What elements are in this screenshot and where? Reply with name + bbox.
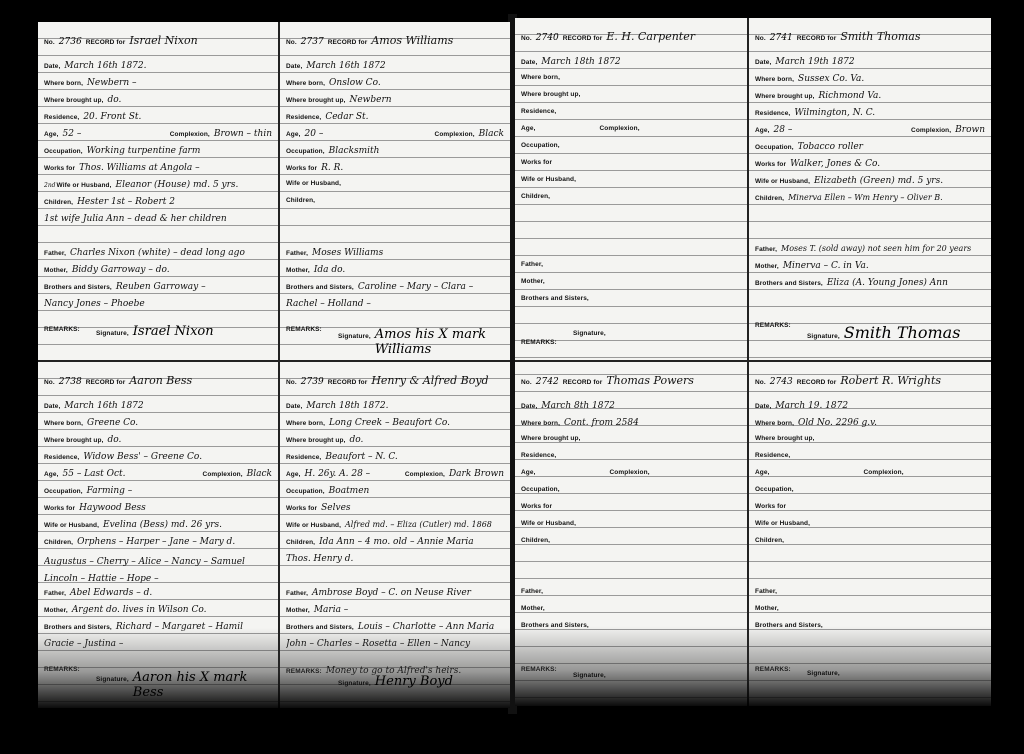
complexion-value: Dark Brown (449, 469, 504, 479)
where-born-value: Old No. 2296 g.v. (798, 418, 877, 428)
date-label: Date, (44, 403, 60, 410)
age-label: Age, (44, 131, 59, 138)
wife-or-husband-label: Wife or Husband, (755, 520, 810, 527)
no-label: No. (755, 35, 766, 42)
complexion-label: Complexion, (610, 469, 650, 476)
father-value: Charles Nixon (white) – dead long ago (70, 248, 245, 258)
where-born-label: Where born, (44, 80, 83, 87)
where-brought-up-label: Where brought up, (44, 437, 103, 444)
age-value: 28 – (774, 125, 793, 135)
wife-or-husband-label: Wife or Husband, (286, 522, 341, 529)
signature-label: Signature, (807, 333, 840, 340)
complexion-label: Complexion, (864, 469, 904, 476)
complexion-value: Brown (955, 125, 985, 135)
where-brought-up-label: Where brought up, (44, 97, 103, 104)
father-label: Father, (286, 590, 308, 597)
complexion-label: Complexion, (435, 131, 475, 138)
record-name: Aaron Bess (129, 374, 192, 387)
wife-or-husband-value: Elizabeth (Green) md. 5 yrs. (814, 176, 943, 186)
where-born-label: Where born, (521, 420, 560, 427)
mother-value: Argent do. lives in Wilson Co. (72, 605, 207, 615)
children-label: Children, (44, 199, 73, 206)
children-value: Orphens – Harper – Jane – Mary d. (77, 537, 235, 547)
wife-or-husband-label: Wife or Husband, (286, 180, 341, 187)
residence-value: Beaufort – N. C. (325, 452, 397, 462)
mother-label: Mother, (755, 605, 779, 612)
record-card-2741: No.2741RECORD forSmith Thomas Date,March… (749, 18, 991, 360)
occupation-value: Tobacco roller (798, 142, 863, 152)
siblings-continued: John – Charles – Rosetta – Ellen – Nancy (286, 639, 470, 649)
signature-label: Signature, (338, 333, 371, 340)
record-name: Thomas Powers (606, 374, 694, 387)
record-number: 2739 (301, 377, 324, 387)
date-value: March 19th 1872 (775, 57, 854, 67)
signature: Henry Boyd (375, 674, 453, 689)
mother-label: Mother, (286, 607, 310, 614)
occupation-value: Boatmen (329, 486, 370, 496)
where-born-label: Where born, (44, 420, 83, 427)
children-value: Hester 1st – Robert 2 (77, 197, 175, 207)
complexion-value: Brown – thin (214, 129, 272, 139)
date-value: March 19. 1872 (775, 401, 848, 411)
date-label: Date, (286, 63, 302, 70)
siblings-label: Brothers and Sisters, (286, 284, 354, 291)
residence-label: Residence, (521, 452, 556, 459)
record-number: 2741 (770, 33, 793, 43)
date-label: Date, (521, 59, 537, 66)
complexion-label: Complexion, (911, 127, 951, 134)
record-name: Henry & Alfred Boyd (371, 374, 488, 387)
children-continued: Thos. Henry d. (286, 554, 353, 564)
residence-label: Residence, (44, 114, 79, 121)
complexion-value: Black (479, 129, 504, 139)
record-number: 2736 (59, 37, 82, 47)
record-number: 2740 (536, 33, 559, 43)
record-name: Robert R. Wrights (840, 374, 941, 387)
residence-label: Residence, (521, 108, 556, 115)
record-number: 2738 (59, 377, 82, 387)
siblings-label: Brothers and Sisters, (286, 624, 354, 631)
right-page: No.2740RECORD forE. H. Carpenter Date,Ma… (515, 18, 991, 706)
where-born-value: Cont. from 2584 (564, 418, 639, 428)
age-label: Age, (521, 469, 536, 476)
father-value: Abel Edwards – d. (70, 588, 152, 598)
where-brought-up-label: Where brought up, (755, 435, 814, 442)
where-brought-up-value: Newbern (349, 95, 391, 105)
father-label: Father, (755, 588, 777, 595)
residence-value: Wilmington, N. C. (794, 108, 875, 118)
record-card-2743: No.2743RECORD forRobert R. Wrights Date,… (749, 362, 991, 706)
record-number: 2737 (301, 37, 324, 47)
works-for-value: Thos. Williams at Angola – (79, 163, 199, 173)
mother-label: Mother, (44, 607, 68, 614)
signature: Israel Nixon (133, 324, 214, 339)
signature-label: Signature, (338, 680, 371, 687)
residence-value: Widow Bess' – Greene Co. (83, 452, 202, 462)
age-label: Age, (521, 125, 536, 132)
siblings-continued: Rachel – Holland – (286, 299, 371, 309)
siblings-value: Reuben Garroway – (116, 282, 206, 292)
complexion-value: Black (247, 469, 272, 479)
record-number: 2743 (770, 377, 793, 387)
age-label: Age, (755, 127, 770, 134)
occupation-label: Occupation, (755, 144, 794, 151)
mother-value: Ida do. (314, 265, 345, 275)
wife-or-husband-label: Wife or Husband, (44, 522, 99, 529)
occupation-label: Occupation, (44, 488, 83, 495)
siblings-label: Brothers and Sisters, (755, 280, 823, 287)
works-for-label: Works for (521, 159, 552, 166)
record-card-2740: No.2740RECORD forE. H. Carpenter Date,Ma… (515, 18, 747, 360)
age-value: 55 – Last Oct. (63, 469, 126, 479)
age-label: Age, (286, 131, 301, 138)
siblings-label: Brothers and Sisters, (44, 624, 112, 631)
works-for-label: Works for (286, 165, 317, 172)
where-born-label: Where born, (286, 420, 325, 427)
date-label: Date, (286, 403, 302, 410)
siblings-value: Richard – Margaret – Hamil (116, 622, 243, 632)
where-born-value: Newbern – (87, 78, 136, 88)
complexion-label: Complexion, (600, 125, 640, 132)
father-value: Moses Williams (312, 248, 383, 258)
where-brought-up-label: Where brought up, (286, 97, 345, 104)
siblings-value: Eliza (A. Young Jones) Ann (827, 278, 948, 288)
age-label: Age, (44, 471, 59, 478)
date-label: Date, (44, 63, 60, 70)
where-brought-up-value: do. (107, 435, 121, 445)
record-for-label: RECORD for (328, 379, 368, 386)
where-born-label: Where born, (755, 76, 794, 83)
date-value: March 16th 1872 (306, 61, 385, 71)
date-label: Date, (755, 59, 771, 66)
where-brought-up-value: do. (107, 95, 121, 105)
siblings-continued: Gracie – Justina – (44, 639, 123, 649)
signature: Smith Thomas (844, 323, 961, 342)
works-for-label: Works for (286, 505, 317, 512)
no-label: No. (521, 35, 532, 42)
siblings-label: Brothers and Sisters, (755, 622, 823, 629)
children-continued: Augustus – Cherry – Alice – Nancy – Samu… (44, 554, 272, 588)
mother-value: Maria – (314, 605, 349, 615)
works-for-label: Works for (521, 503, 552, 510)
children-label: Children, (286, 197, 315, 204)
children-label: Children, (521, 537, 550, 544)
date-value: March 18th 1872 (541, 57, 620, 67)
signature: Aaron his X mark Bess (133, 670, 278, 700)
father-label: Father, (521, 261, 543, 268)
mother-value: Biddy Garroway – do. (72, 265, 170, 275)
where-brought-up-value: do. (349, 435, 363, 445)
occupation-value: Blacksmith (329, 146, 380, 156)
occupation-value: Farming – (87, 486, 133, 496)
record-for-label: RECORD for (328, 39, 368, 46)
works-for-value: Walker, Jones & Co. (790, 159, 880, 169)
where-born-value: Long Creek – Beaufort Co. (329, 418, 450, 428)
children-label: Children, (755, 195, 784, 202)
no-label: No. (44, 39, 55, 46)
wife-or-husband-label: Wife or Husband, (521, 176, 576, 183)
where-brought-up-label: Where brought up, (755, 93, 814, 100)
wife-or-husband-value: Evelina (Bess) md. 26 yrs. (103, 520, 222, 530)
record-for-label: RECORD for (563, 379, 603, 386)
date-label: Date, (521, 403, 537, 410)
father-value: Moses T. (sold away) not seen him for 20… (781, 244, 971, 253)
works-for-value: Selves (321, 503, 350, 513)
record-for-label: RECORD for (86, 39, 126, 46)
siblings-label: Brothers and Sisters, (521, 295, 589, 302)
occupation-label: Occupation, (44, 148, 83, 155)
record-name: Amos Williams (371, 34, 453, 47)
date-value: March 8th 1872 (541, 401, 615, 411)
occupation-label: Occupation, (521, 486, 560, 493)
signature-label: Signature, (96, 330, 129, 337)
where-born-value: Sussex Co. Va. (798, 74, 864, 84)
siblings-label: Brothers and Sisters, (521, 622, 589, 629)
siblings-value: Louis – Charlotte – Ann Maria (358, 622, 494, 632)
record-card-2739: No.2739RECORD forHenry & Alfred Boyd Dat… (280, 362, 510, 708)
occupation-label: Occupation, (286, 148, 325, 155)
residence-label: Residence, (755, 110, 790, 117)
signature-label: Signature, (807, 670, 840, 677)
father-value: Ambrose Boyd – C. on Neuse River (312, 588, 471, 598)
where-born-label: Where born, (755, 420, 794, 427)
works-for-label: Works for (44, 165, 75, 172)
father-label: Father, (286, 250, 308, 257)
father-label: Father, (44, 250, 66, 257)
complexion-label: Complexion, (203, 471, 243, 478)
residence-label: Residence, (44, 454, 79, 461)
date-value: March 16th 1872. (64, 61, 146, 71)
date-value: March 16th 1872 (64, 401, 143, 411)
age-label: Age, (286, 471, 301, 478)
date-label: Date, (755, 403, 771, 410)
siblings-label: Brothers and Sisters, (44, 284, 112, 291)
wife-or-husband-label: Wife or Husband, (755, 178, 810, 185)
works-for-value: R. R. (321, 163, 343, 173)
record-name: Israel Nixon (129, 34, 197, 47)
mother-label: Mother, (755, 263, 779, 270)
no-label: No. (521, 379, 532, 386)
no-label: No. (44, 379, 55, 386)
age-value: 52 – (63, 129, 82, 139)
works-for-label: Works for (755, 161, 786, 168)
where-brought-up-label: Where brought up, (286, 437, 345, 444)
signature-label: Signature, (573, 672, 606, 679)
father-label: Father, (521, 588, 543, 595)
record-card-2737: No.2737RECORD forAmos Williams Date,Marc… (280, 22, 510, 360)
where-born-value: Greene Co. (87, 418, 138, 428)
where-brought-up-label: Where brought up, (521, 435, 580, 442)
children-value: Minerva Ellen – Wm Henry – Oliver B. (788, 193, 943, 202)
age-value: H. 26y. A. 28 – (305, 469, 371, 479)
siblings-value: Caroline – Mary – Clara – (358, 282, 473, 292)
signature-label: Signature, (573, 330, 606, 337)
residence-value: 20. Front St. (83, 112, 141, 122)
complexion-label: Complexion, (170, 131, 210, 138)
where-brought-up-label: Where brought up, (521, 91, 580, 98)
residence-label: Residence, (286, 114, 321, 121)
record-card-2738: No.2738RECORD forAaron Bess Date,March 1… (38, 362, 278, 708)
record-for-label: RECORD for (797, 379, 837, 386)
children-label: Children, (44, 539, 73, 546)
signature: Amos his X mark Williams (375, 327, 510, 357)
no-label: No. (286, 39, 297, 46)
record-for-label: RECORD for (563, 35, 603, 42)
occupation-label: Occupation, (755, 486, 794, 493)
father-label: Father, (44, 590, 66, 597)
record-for-label: RECORD for (86, 379, 126, 386)
remarks-label: REMARKS: (521, 339, 557, 346)
children-label: Children, (286, 539, 315, 546)
no-label: No. (286, 379, 297, 386)
occupation-value: Working turpentine farm (87, 146, 201, 156)
works-for-label: Works for (755, 503, 786, 510)
mother-label: Mother, (521, 605, 545, 612)
age-value: 20 – (305, 129, 324, 139)
children-value: Ida Ann – 4 mo. old – Annie Maria (319, 537, 474, 547)
complexion-label: Complexion, (405, 471, 445, 478)
left-page: No.2736RECORD forIsrael Nixon Date,March… (38, 22, 510, 708)
mother-label: Mother, (521, 278, 545, 285)
mother-label: Mother, (286, 267, 310, 274)
record-name: E. H. Carpenter (606, 30, 695, 43)
father-label: Father, (755, 246, 777, 253)
wife-or-husband-value: Alfred md. – Eliza (Cutler) md. 1868 (345, 520, 492, 529)
mother-label: Mother, (44, 267, 68, 274)
works-for-label: Works for (44, 505, 75, 512)
works-for-value: Haywood Bess (79, 503, 146, 513)
siblings-continued: Nancy Jones – Phoebe (44, 299, 145, 309)
wife-or-husband-label: Wife or Husband, (521, 520, 576, 527)
residence-label: Residence, (755, 452, 790, 459)
children-label: Children, (521, 193, 550, 200)
residence-label: Residence, (286, 454, 321, 461)
record-number: 2742 (536, 377, 559, 387)
occupation-label: Occupation, (521, 142, 560, 149)
children-label: Children, (755, 537, 784, 544)
no-label: No. (755, 379, 766, 386)
where-brought-up-value: Richmond Va. (818, 91, 881, 101)
where-born-label: Where born, (286, 80, 325, 87)
children-continued: 1st wife Julia Ann – dead & her children (44, 214, 227, 224)
mother-value: Minerva – C. in Va. (783, 261, 869, 271)
occupation-label: Occupation, (286, 488, 325, 495)
wife-or-husband-label: Wife or Husband, (57, 182, 112, 189)
wife-or-husband-value: Eleanor (House) md. 5 yrs. (116, 180, 239, 190)
record-name: Smith Thomas (840, 30, 920, 43)
date-value: March 18th 1872. (306, 401, 388, 411)
marriage-order: 2nd (44, 182, 56, 189)
where-born-value: Onslow Co. (329, 78, 381, 88)
signature-label: Signature, (96, 676, 129, 683)
residence-value: Cedar St. (325, 112, 368, 122)
record-card-2742: No.2742RECORD forThomas Powers Date,Marc… (515, 362, 747, 706)
age-label: Age, (755, 469, 770, 476)
record-card-2736: No.2736RECORD forIsrael Nixon Date,March… (38, 22, 278, 360)
where-born-label: Where born, (521, 74, 560, 81)
record-for-label: RECORD for (797, 35, 837, 42)
